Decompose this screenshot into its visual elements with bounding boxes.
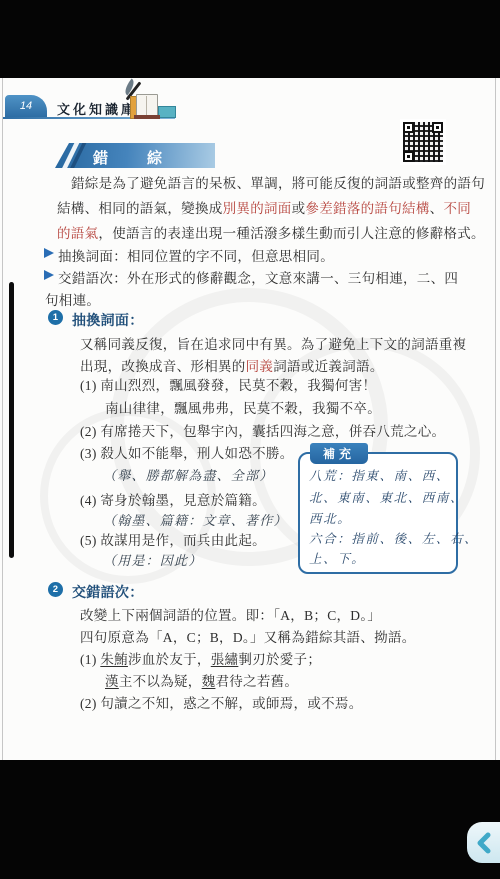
text-seg: (1) — [80, 652, 100, 667]
text-seg: 君待之若舊。 — [215, 674, 298, 689]
page-number: 14 — [20, 100, 32, 112]
text-seg: ，使語言的表達出現一種活潑多樣生動而引人注意的修辭格式。 — [98, 226, 484, 241]
example-line: (2) 句讀之不知，惑之不解，或師焉，或不焉。 — [80, 692, 363, 712]
example-line: (5) 故謀用是作，而兵由此起。 — [80, 529, 266, 549]
intro-line: 結構、相同的語氣，變換成別異的詞面或參差錯落的語句結構、不同 — [57, 197, 471, 217]
text-seg-red: 不同 — [443, 201, 471, 216]
example-note: （舉、勝都解為盡、全部） — [103, 465, 273, 484]
example-note: （翰墨、篇籍：文章、著作） — [103, 510, 288, 529]
text-seg: 結構、相同的語氣，變換成 — [57, 201, 223, 216]
pointer-item: 交錯語次：外在形式的修辭觀念，文意來講一、三句相連，二、四 — [58, 267, 458, 287]
supplement-line: 八荒：指東、南、西、 — [309, 466, 450, 484]
text-seg: 剚刃於愛子； — [238, 652, 321, 667]
section1-title: 抽換詞面： — [72, 314, 144, 329]
section-banner: 錯 綜 — [55, 143, 215, 168]
text-seg: 詞語或近義詞語。 — [273, 359, 383, 374]
supplement-label: 補充 — [323, 445, 355, 462]
text-seg-underline: 張繡 — [211, 652, 239, 667]
text-seg: 、 — [430, 201, 444, 216]
section2-body-line: 改變上下兩個詞語的位置。即：「A，B；C，D。」 — [80, 604, 381, 624]
example-line: (2) 有席捲天下，包舉宇內，囊括四海之意，併吞八荒之心。 — [80, 420, 445, 440]
pointer-item: 抽換詞面：相同位置的字不同，但意思相同。 — [58, 245, 334, 265]
teal-book-icon — [158, 106, 176, 118]
book-base-icon — [134, 115, 160, 119]
example-note: （用是：因此） — [103, 550, 202, 569]
pointer-text: 交錯語次：外在形式的修辭觀念，文意來講一、三句相連，二、四 — [58, 271, 458, 286]
section1-heading: 1抽換詞面： — [72, 310, 144, 330]
circled-number-icon: 2 — [48, 582, 63, 597]
example-line: (1) 南山烈烈，飄風發發，民莫不穀，我獨何害！ — [80, 374, 376, 394]
supplement-line: 北、東南、東北、西南、 — [309, 488, 464, 506]
pointer-text: 抽換詞面：相同位置的字不同，但意思相同。 — [58, 249, 334, 264]
text-seg: 或 — [292, 201, 306, 216]
page-edge-right — [495, 78, 496, 760]
section1-body-line: 出現，改換成音、形相異的同義詞語或近義詞語。 — [80, 355, 384, 375]
pointer-continuation: 句相連。 — [45, 289, 100, 309]
text-seg-underline: 魏 — [202, 674, 216, 689]
supplement-line: 六合：指前、後、左、右、 — [309, 529, 478, 547]
page-number-tab: 14 — [5, 95, 47, 117]
text-seg-red: 參差錯落的語句結構 — [305, 201, 429, 216]
text-seg-red: 的語氣 — [57, 226, 98, 241]
text-seg: 主不以為疑， — [119, 674, 202, 689]
banner-title: 錯 綜 — [93, 147, 174, 168]
document-page: 14 文化知識庫 錯 綜 錯綜是為了避免語言的呆板、單調，將可能反復的詞語或整齊… — [0, 78, 500, 760]
section2-title: 交錯語次： — [72, 586, 144, 601]
back-button[interactable] — [467, 822, 500, 863]
text-seg-underline: 漢 — [105, 674, 119, 689]
scrollbar-handle[interactable] — [9, 282, 14, 558]
example-line: 漢主不以為疑，魏君待之若舊。 — [105, 670, 298, 690]
supplement-line: 上、下。 — [309, 549, 365, 567]
supplement-ribbon: 補充 — [310, 443, 368, 464]
text-seg-underline: 朱鮪 — [100, 652, 128, 667]
example-line: (4) 寄身於翰墨，見意於篇籍。 — [80, 489, 266, 509]
section2-heading: 2交錯語次： — [72, 582, 144, 602]
intro-line: 錯綜是為了避免語言的呆板、單調，將可能反復的詞語或整齊的語句 — [57, 172, 485, 192]
section2-body-line: 四句原意為「A，C；B，D。」又稱為錯綜其語、拗語。 — [80, 626, 416, 646]
arrow-right-icon — [44, 248, 54, 258]
qr-code — [403, 122, 443, 162]
text-seg: 出現，改換成音、形相異的 — [80, 359, 246, 374]
arrow-right-icon — [44, 270, 54, 280]
circled-number-icon: 1 — [48, 310, 63, 325]
supplement-line: 西北。 — [309, 509, 351, 527]
books-quill-icon — [114, 82, 170, 118]
intro-line: 的語氣，使語言的表達出現一種活潑多樣生動而引人注意的修辭格式。 — [57, 222, 485, 242]
section1-body-line: 又稱同義反復，旨在追求同中有異。為了避免上下文的詞語重複 — [80, 333, 466, 353]
text-seg-red: 別異的詞面 — [223, 201, 292, 216]
page-edge-left — [2, 78, 3, 760]
example-line: (1) 朱鮪涉血於友于，張繡剚刃於愛子； — [80, 648, 321, 668]
viewer-stage: 14 文化知識庫 錯 綜 錯綜是為了避免語言的呆板、單調，將可能反復的詞語或整齊… — [0, 0, 500, 879]
example-line: (3) 殺人如不能舉，刑人如恐不勝。 — [80, 442, 294, 462]
text-seg: 涉血於友于， — [128, 652, 211, 667]
text-seg-red: 同義 — [246, 359, 274, 374]
chevron-left-icon — [473, 830, 495, 856]
example-line: 南山律律，飄風弗弗，民莫不穀，我獨不卒。 — [105, 397, 381, 417]
